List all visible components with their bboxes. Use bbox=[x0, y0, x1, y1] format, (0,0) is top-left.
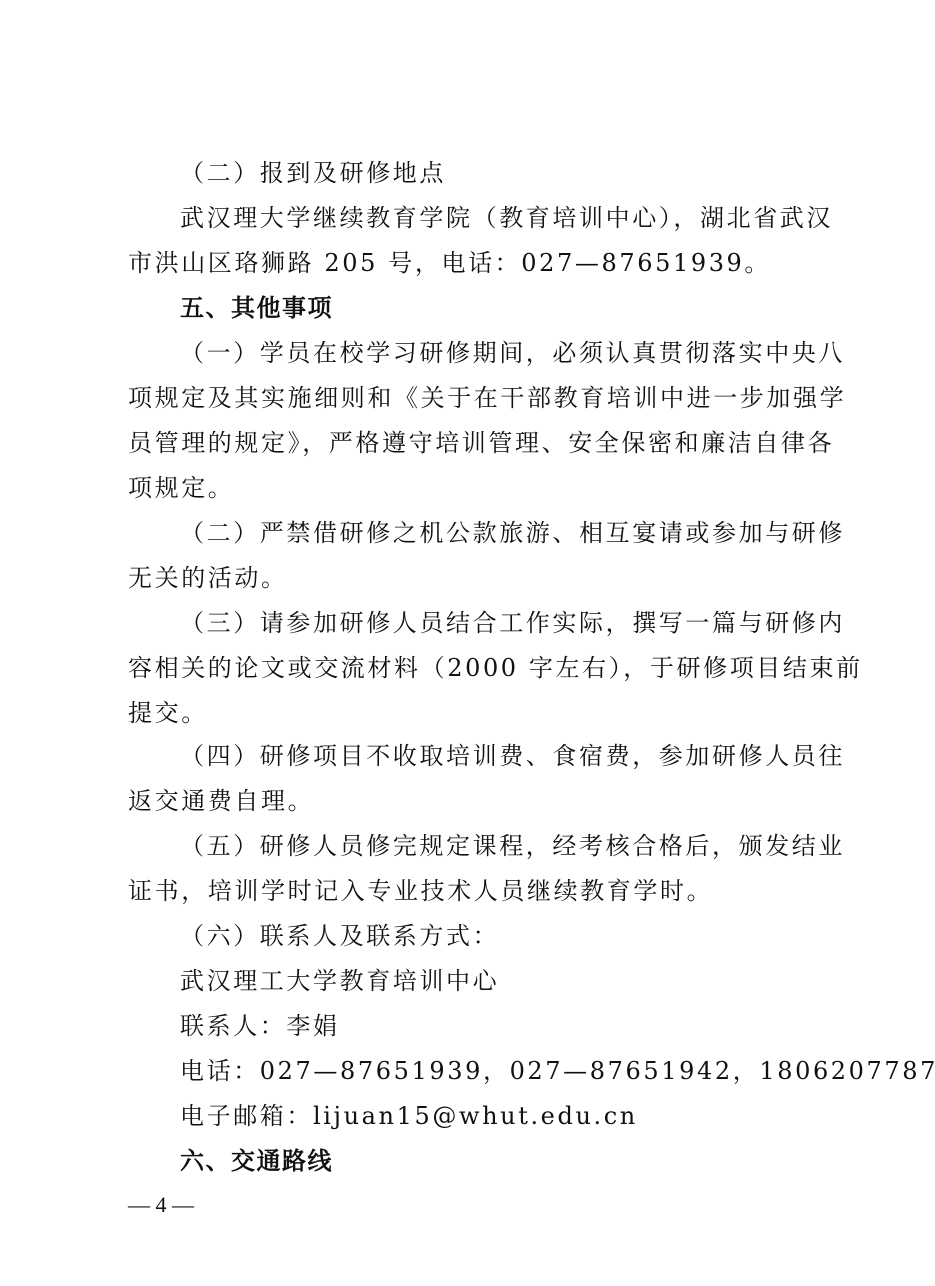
contact-person: 联系人：李娟 bbox=[180, 1011, 808, 1041]
page-number: — 4 — bbox=[128, 1192, 194, 1218]
item-6-contact-heading: （六）联系人及联系方式： bbox=[180, 921, 808, 951]
item-4-line-2: 返交通费自理。 bbox=[128, 786, 808, 816]
contact-phone: 电话：027—87651939，027—87651942，18062077878 bbox=[180, 1056, 808, 1086]
item-3-line-2: 容相关的论文或交流材料（2000 字左右），于研修项目结束前 bbox=[128, 653, 808, 683]
item-1-line-2: 项规定及其实施细则和《关于在干部教育培训中进一步加强学 bbox=[128, 383, 808, 413]
location-paragraph-line-1: 武汉理大学继续教育学院（教育培训中心），湖北省武汉 bbox=[180, 203, 808, 233]
item-1-line-4: 项规定。 bbox=[128, 473, 808, 503]
contact-organization: 武汉理工大学教育培训中心 bbox=[180, 966, 808, 996]
item-1-line-1: （一）学员在校学习研修期间，必须认真贯彻落实中央八 bbox=[180, 338, 808, 368]
item-2-line-1: （二）严禁借研修之机公款旅游、相互宴请或参加与研修 bbox=[180, 518, 808, 548]
section-heading-transportation: 六、交通路线 bbox=[180, 1146, 808, 1176]
item-3-line-3: 提交。 bbox=[128, 698, 808, 728]
item-4-line-1: （四）研修项目不收取培训费、食宿费，参加研修人员往 bbox=[180, 741, 808, 771]
item-2-line-2: 无关的活动。 bbox=[128, 563, 808, 593]
item-1-line-3: 员管理的规定》，严格遵守培训管理、安全保密和廉洁自律各 bbox=[128, 428, 808, 458]
document-page: （二）报到及研修地点 武汉理大学继续教育学院（教育培训中心），湖北省武汉 市洪山… bbox=[0, 0, 935, 1286]
contact-email: 电子邮箱：lijuan15@whut.edu.cn bbox=[180, 1101, 808, 1131]
section-heading-other-matters: 五、其他事项 bbox=[180, 293, 808, 323]
item-5-line-2: 证书，培训学时记入专业技术人员继续教育学时。 bbox=[128, 876, 808, 906]
location-paragraph-line-2: 市洪山区珞狮路 205 号，电话：027—87651939。 bbox=[128, 248, 808, 278]
subheading-registration-location: （二）报到及研修地点 bbox=[180, 158, 808, 188]
item-5-line-1: （五）研修人员修完规定课程，经考核合格后，颁发结业 bbox=[180, 831, 808, 861]
item-3-line-1: （三）请参加研修人员结合工作实际，撰写一篇与研修内 bbox=[180, 608, 808, 638]
